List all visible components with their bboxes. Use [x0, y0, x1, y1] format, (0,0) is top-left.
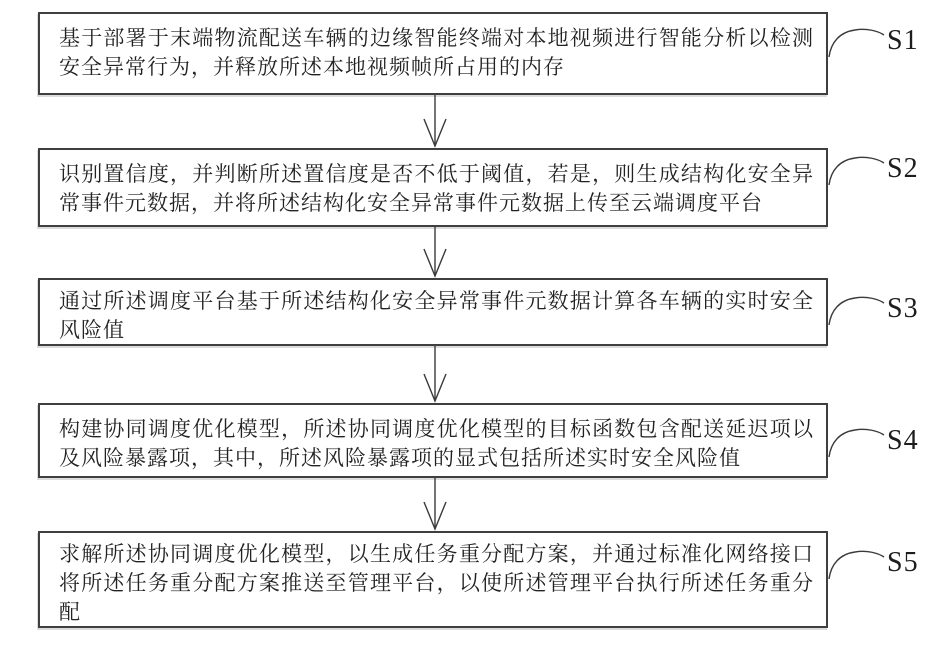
flow-step-box-3: 通过所述调度平台基于所述结构化安全异常事件元数据计算各车辆的实时安全风险值 — [38, 278, 828, 346]
flow-step-text-4: 构建协同调度优化模型，所述协同调度优化模型的目标函数包含配送延迟项以及风险暴露项… — [59, 417, 814, 470]
leader-line-icon-s2 — [827, 148, 887, 192]
flow-step-box-5: 求解所述协同调度优化模型，以生成任务重分配方案，并通过标准化网络接口将所述任务重… — [38, 531, 828, 628]
flow-step-box-1: 基于部署于末端物流配送车辆的边缘智能终端对本地视频进行智能分析以检测安全异常行为… — [38, 12, 828, 95]
flow-step-text-2: 识别置信度，并判断所述置信度是否不低于阈值，若是，则生成结构化安全异常事件元数据… — [59, 162, 814, 215]
leader-line-icon-s1 — [827, 20, 887, 64]
step-label-group-s1: S1 — [827, 20, 927, 66]
step-label-group-s3: S3 — [827, 288, 927, 334]
flow-step-text-1: 基于部署于末端物流配送车辆的边缘智能终端对本地视频进行智能分析以检测安全异常行为… — [59, 26, 814, 79]
step-label-s3: S3 — [887, 293, 919, 325]
down-arrow-icon-4 — [420, 478, 450, 531]
leader-line-icon-s3 — [827, 288, 887, 332]
down-arrow-icon-2 — [420, 227, 450, 278]
flow-step-text-5: 求解所述协同调度优化模型，以生成任务重分配方案，并通过标准化网络接口将所述任务重… — [59, 542, 814, 624]
step-label-group-s4: S4 — [827, 420, 927, 466]
step-label-s1: S1 — [887, 25, 919, 57]
step-label-group-s5: S5 — [827, 542, 927, 588]
patent-flowchart-figure: 基于部署于末端物流配送车辆的边缘智能终端对本地视频进行智能分析以检测安全异常行为… — [0, 0, 928, 662]
step-label-s2: S2 — [887, 153, 919, 185]
step-label-s4: S4 — [887, 425, 919, 457]
flow-step-text-3: 通过所述调度平台基于所述结构化安全异常事件元数据计算各车辆的实时安全风险值 — [59, 289, 814, 342]
step-label-group-s2: S2 — [827, 148, 927, 194]
flow-step-box-4: 构建协同调度优化模型，所述协同调度优化模型的目标函数包含配送延迟项以及风险暴露项… — [38, 403, 828, 478]
down-arrow-icon-1 — [420, 95, 450, 148]
leader-line-icon-s4 — [827, 420, 887, 464]
leader-line-icon-s5 — [827, 542, 887, 586]
flow-step-box-2: 识别置信度，并判断所述置信度是否不低于阈值，若是，则生成结构化安全异常事件元数据… — [38, 148, 828, 227]
down-arrow-icon-3 — [420, 346, 450, 403]
step-label-s5: S5 — [887, 547, 919, 579]
